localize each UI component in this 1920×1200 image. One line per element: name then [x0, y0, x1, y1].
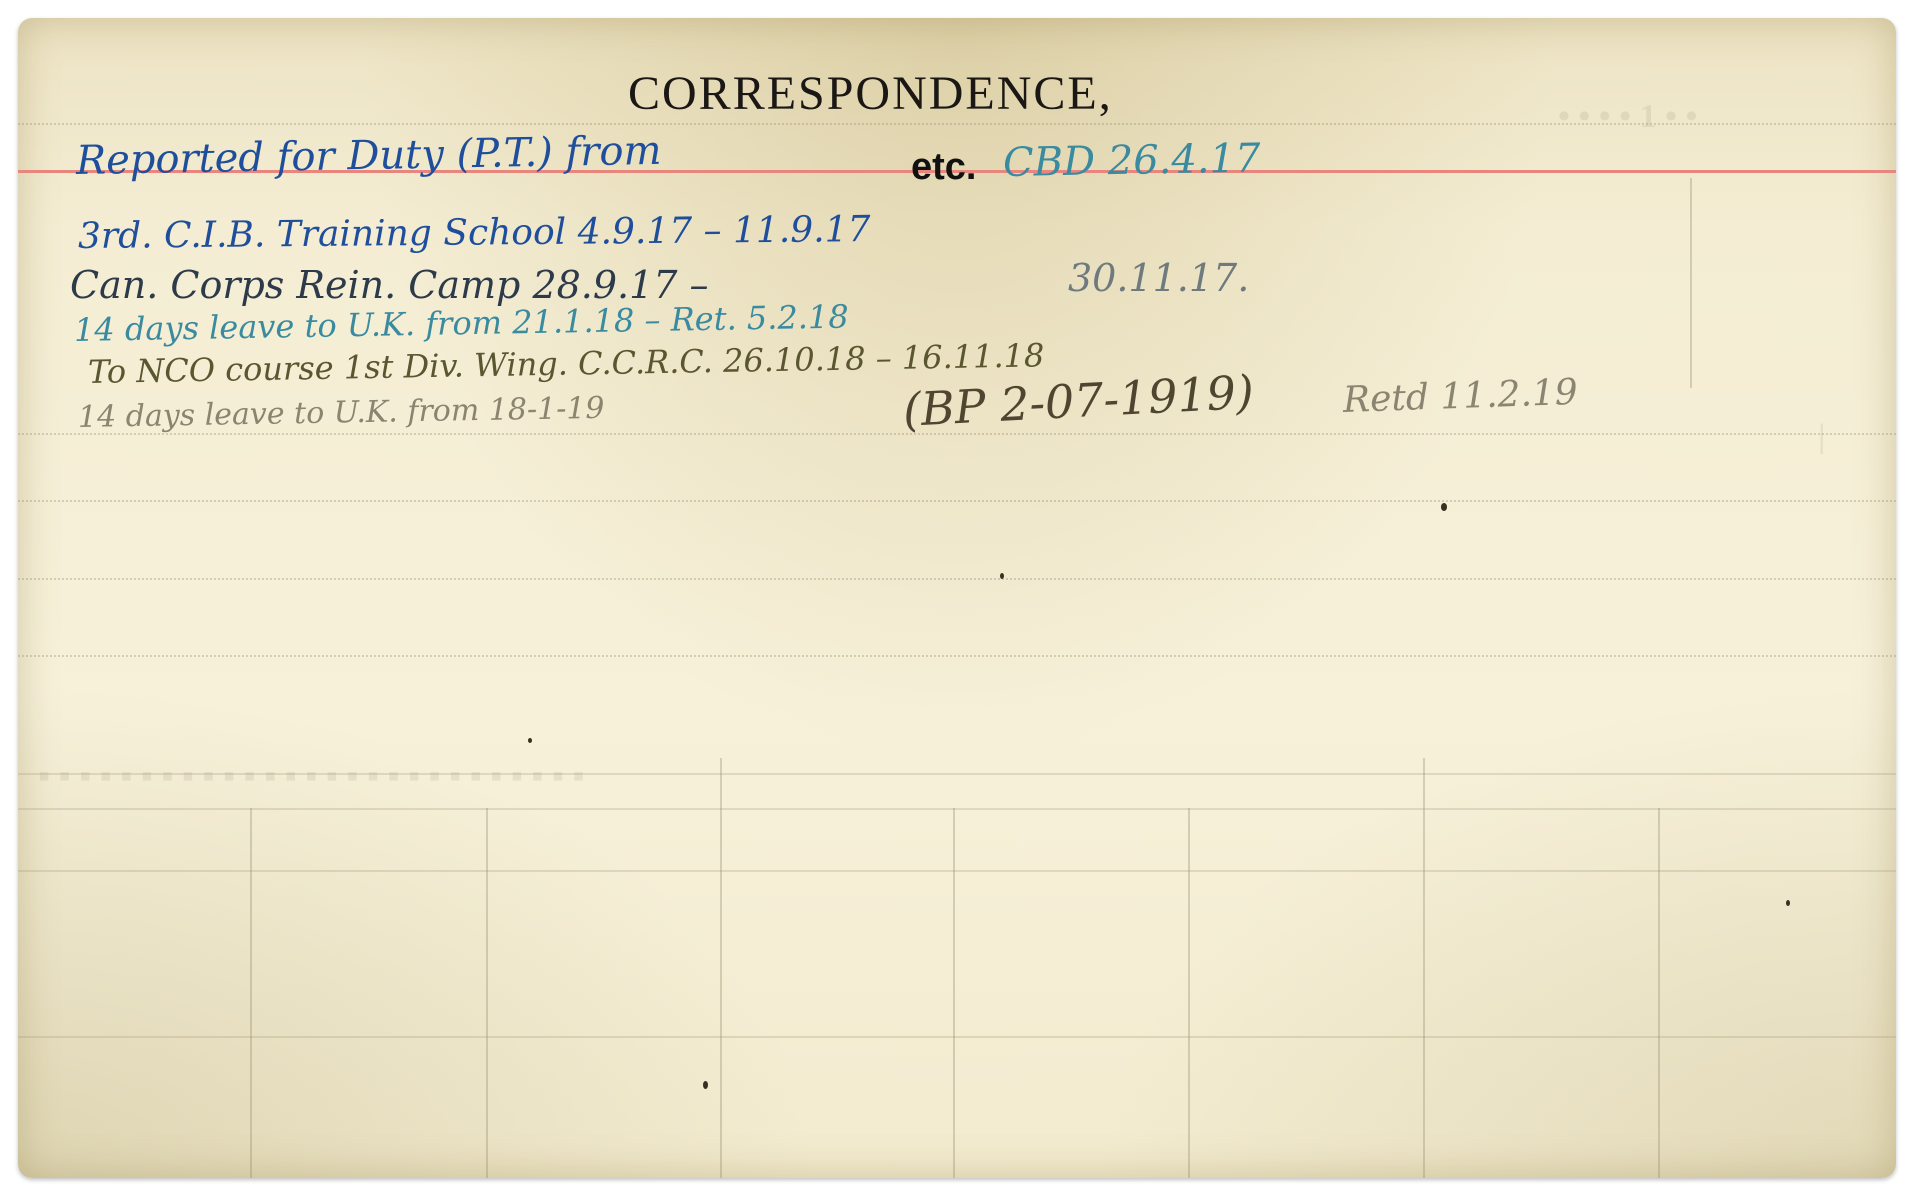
grid-line	[18, 870, 1896, 872]
bleed-through: ▪ ▪ ▪ ▪ ▪ ▪ ▪ ▪ ▪ ▪ ▪ ▪ ▪ ▪ ▪ ▪ ▪ ▪ ▪ ▪ …	[38, 758, 584, 796]
grid-line	[18, 773, 1896, 775]
paper-speck	[1786, 900, 1790, 906]
entry-6: 14 days leave to U.K. from 18-1-19	[78, 391, 605, 435]
grid-column	[1423, 758, 1425, 1178]
entry-6-return: Retd 11.2.19	[1342, 372, 1578, 421]
grid-column	[1658, 808, 1660, 1178]
printed-etc: etc.	[911, 146, 976, 189]
entry-1-left: Reported for Duty (P.T.) from	[76, 128, 662, 184]
ruled-line	[18, 578, 1896, 580]
entry-3-continuation: 30.11.17.	[1068, 256, 1249, 300]
paper-speck	[528, 738, 532, 743]
grid-line	[18, 1036, 1896, 1038]
paper-speck	[1000, 573, 1004, 579]
grid-column	[720, 758, 722, 1178]
paper-speck	[1441, 503, 1447, 511]
bleed-through: |	[1818, 418, 1826, 456]
grid-column	[1690, 178, 1692, 388]
grid-column	[486, 808, 488, 1178]
entry-3: Can. Corps Rein. Camp 28.9.17 –	[70, 263, 709, 307]
entry-2: 3rd. C.I.B. Training School 4.9.17 – 11.…	[78, 209, 871, 257]
grid-column	[250, 808, 252, 1178]
record-card: • • • • 1 • • | ▪ ▪ ▪ ▪ ▪ ▪ ▪ ▪ ▪ ▪ ▪ ▪ …	[18, 18, 1896, 1178]
card-title: CORRESPONDENCE,	[628, 66, 1113, 121]
grid-column	[953, 808, 955, 1178]
grid-line	[18, 808, 1896, 810]
paper-speck	[703, 1081, 708, 1089]
entry-1-right: CBD 26.4.17	[1003, 136, 1261, 186]
ruled-line	[18, 500, 1896, 502]
grid-column	[1188, 808, 1190, 1178]
bleed-through: • • • • 1 • •	[1558, 98, 1697, 136]
ruled-line	[18, 655, 1896, 657]
